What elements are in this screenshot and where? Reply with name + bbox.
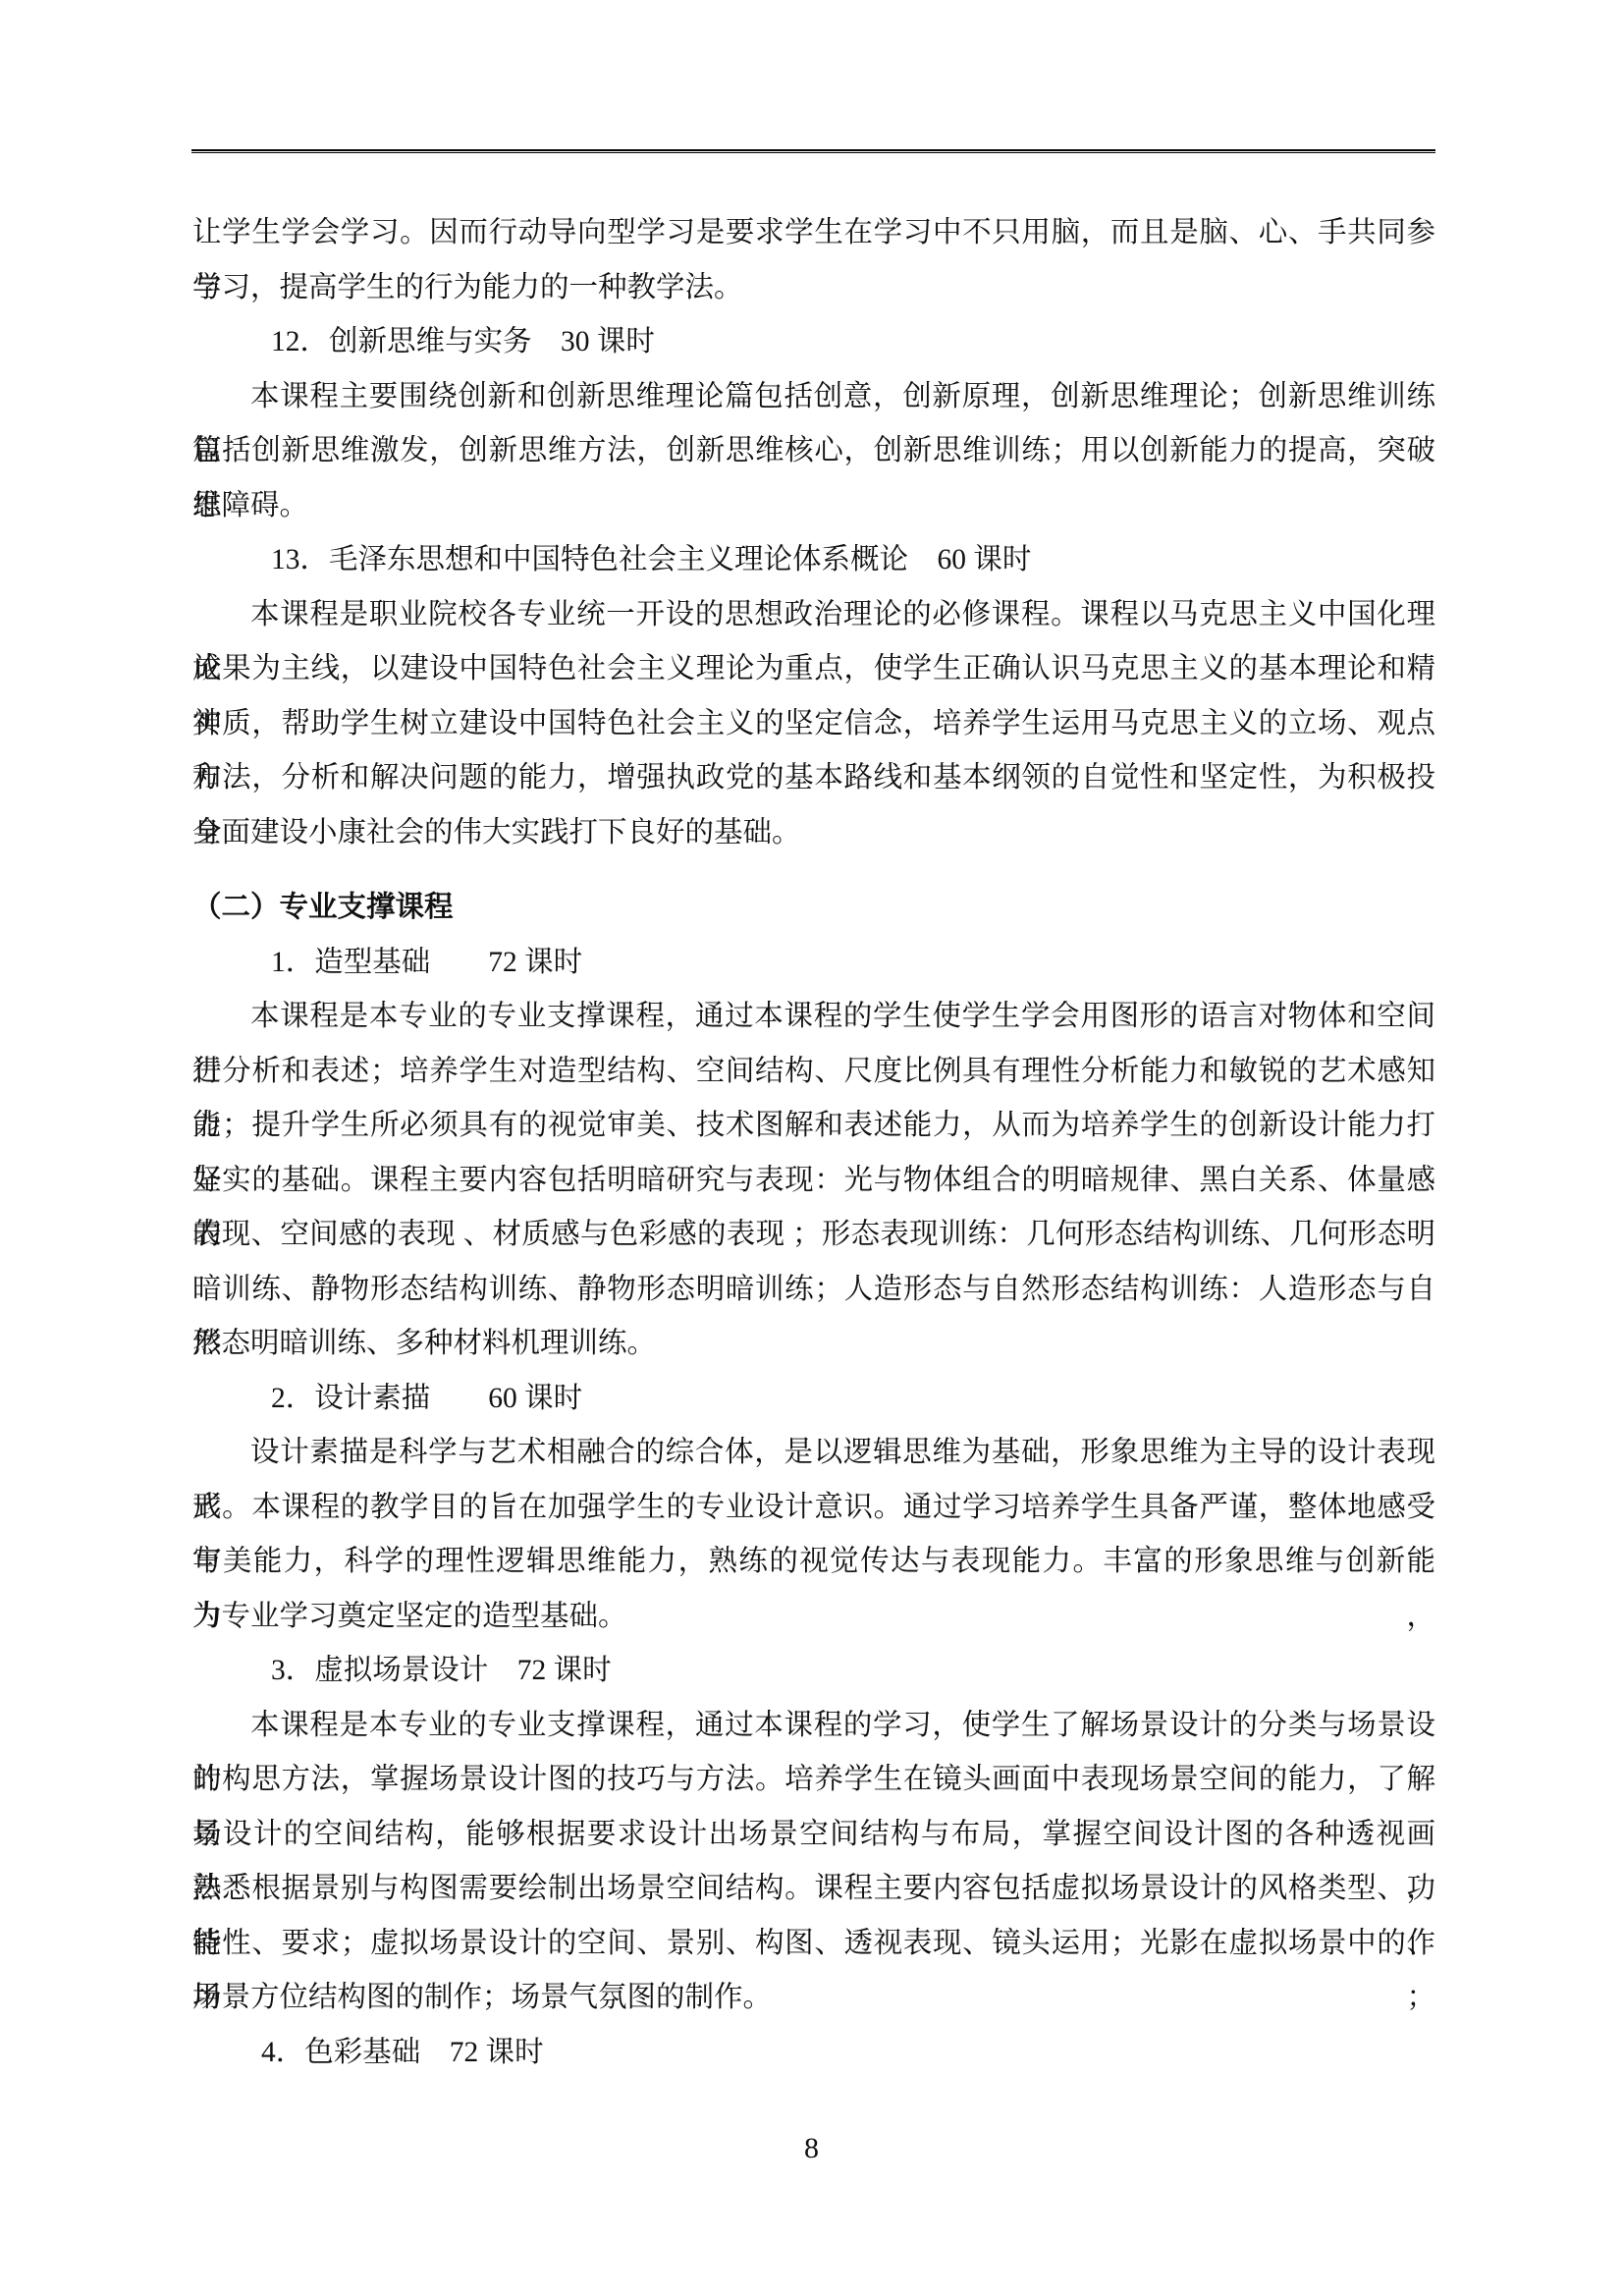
header-rule-divider: [191, 149, 1435, 153]
body-line: 成果为主线，以建设中国特色社会主义理论为重点，使学生正确认识马克思主义的基本理论…: [192, 642, 1435, 697]
page-body: 让学生学会学习。因而行动导向型学习是要求学生在学习中不只用脑，而且是脑、心、手共…: [192, 206, 1435, 2080]
body-line: 审美能力，科学的理性逻辑思维能力，熟练的视觉传达与表现能力。丰富的形象思维与创新…: [192, 1535, 1435, 1590]
document-page: 让学生学会学习。因而行动导向型学习是要求学生在学习中不只用脑，而且是脑、心、手共…: [0, 0, 1623, 2296]
course-title: 3．虚拟场景设计 72 课时: [192, 1644, 1435, 1699]
body-line: 本课程是本专业的专业支撑课程，通过本课程的学习，使学生了解场景设计的分类与场景设…: [192, 1699, 1435, 1754]
body-line: 包括创新思维激发，创新思维方法，创新思维核心，创新思维训练；用以创新能力的提高，…: [192, 424, 1435, 479]
body-line: 表现、空间感的表现 、材质感与色彩感的表现 ；形态表现训练：几何形态结构训练、几…: [192, 1208, 1435, 1263]
body-line: 设计素描是科学与艺术相融合的综合体，是以逻辑思维为基础，形象思维为主导的设计表现…: [192, 1426, 1435, 1481]
body-line: 的构思方法，掌握场景设计图的技巧与方法。培养学生在镜头画面中表现场景空间的能力，…: [192, 1753, 1435, 1808]
course-title: 12．创新思维与实务 30 课时: [192, 315, 1435, 370]
body-line: 特性、要求；虚拟场景设计的空间、景别、构图、透视表现、镜头运用；光影在虚拟场景中…: [192, 1917, 1435, 1972]
body-line: 维障碍。: [192, 479, 1435, 534]
body-line: 本课程是本专业的专业支撑课程，通过本课程的学生使学生学会用图形的语言对物体和空间…: [192, 990, 1435, 1045]
body-line: 景设计的空间结构，能够根据要求设计出场景空间结构与布局，掌握空间设计图的各种透视…: [192, 1808, 1435, 1863]
body-line: 熟悉根据景别与构图需要绘制出场景空间结构。课程主要内容包括虚拟场景设计的风格类型…: [192, 1862, 1435, 1917]
course-title: 2．设计素描 60 课时: [192, 1372, 1435, 1427]
body-line: 行分析和表述；培养学生对造型结构、空间结构、尺度比例具有理性分析能力和敏锐的艺术…: [192, 1045, 1435, 1100]
body-line: 让学生学会学习。因而行动导向型学习是要求学生在学习中不只用脑，而且是脑、心、手共…: [192, 206, 1435, 261]
body-line: 学习，提高学生的行为能力的一种教学法。: [192, 261, 1435, 316]
section-heading: （二）专业支撑课程: [192, 881, 1435, 936]
body-line: 本课程主要围绕创新和创新思维理论篇包括创意，创新原理，创新思维理论；创新思维训练…: [192, 370, 1435, 425]
body-line: 坚实的基础。课程主要内容包括明暗研究与表现：光与物体组合的明暗规律、黑白关系、体…: [192, 1154, 1435, 1209]
body-line: 力；提升学生所必须具有的视觉审美、技术图解和表述能力，从而为培养学生的创新设计能…: [192, 1099, 1435, 1154]
body-line: 方法，分析和解决问题的能力，增强执政党的基本路线和基本纲领的自觉性和坚定性，为积…: [192, 751, 1435, 806]
body-line: 全面建设小康社会的伟大实践打下良好的基础。: [192, 806, 1435, 861]
course-title: 4．色彩基础 72 课时: [192, 2026, 1435, 2081]
course-title: 1．造型基础 72 课时: [192, 936, 1435, 991]
course-title: 13．毛泽东思想和中国特色社会主义理论体系概论 60 课时: [192, 533, 1435, 588]
body-line: 本课程是职业院校各专业统一开设的思想政治理论的必修课程。课程以马克思主义中国化理…: [192, 588, 1435, 643]
body-line: 式。本课程的教学目的旨在加强学生的专业设计意识。通过学习培养学生具备严谨，整体地…: [192, 1481, 1435, 1536]
body-line: 形态明暗训练、多种材料机理训练。: [192, 1317, 1435, 1372]
body-line: 暗训练、静物形态结构训练、静物形态明暗训练；人造形态与自然形态结构训练：人造形态…: [192, 1263, 1435, 1318]
body-line: 实质，帮助学生树立建设中国特色社会主义的坚定信念，培养学生运用马克思主义的立场、…: [192, 697, 1435, 752]
page-number: 8: [0, 2131, 1623, 2166]
